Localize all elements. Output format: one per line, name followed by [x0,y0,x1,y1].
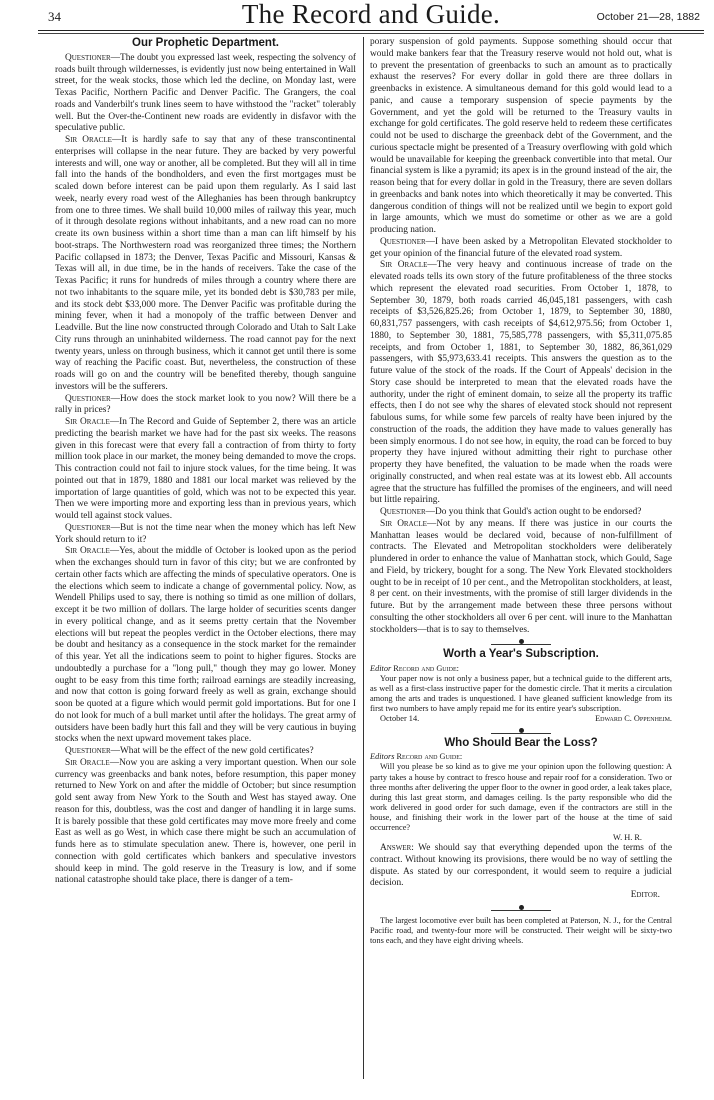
header-rule-secondary [38,33,704,34]
news-item-locomotive: The largest locomotive ever built has be… [370,916,672,946]
speaker-label: Sir Oracle [380,260,427,270]
masthead: 34 The Record and Guide. October 21—28, … [38,0,704,32]
speaker-label: Questioner [65,394,111,404]
speaker-label: Questioner [65,53,111,63]
paragraph: Sir Oracle—The very heavy and continuous… [370,260,672,507]
letter-signature: Edward C. Oppenheim. [595,714,672,724]
speaker-label: Sir Oracle [65,546,110,556]
news-body: The largest locomotive ever built has be… [370,916,672,946]
signature-line: October 14. Edward C. Oppenheim. [370,714,672,724]
question-body: Will you please be so kind as to give me… [370,762,672,833]
speaker-label: Questioner [380,237,426,247]
paragraph: Sir Oracle—Not by any means. If there wa… [370,519,672,637]
answer-block: Answer: We should say that everything de… [370,843,672,902]
left-column: Our Prophetic Department. Questioner—The… [55,37,356,887]
article-heading-prophetic: Our Prophetic Department. [55,38,356,50]
salutation: Editor Record and Guide: [370,664,672,674]
article-heading-subscription: Worth a Year's Subscription. [370,649,672,661]
paragraph: Sir Oracle—Yes, about the middle of Octo… [55,546,356,746]
right-column: porary suspension of gold payments. Supp… [370,37,672,946]
column-divider [363,37,364,1079]
article-heading-loss: Who Should Bear the Loss? [370,738,672,750]
speaker-label: Questioner [380,507,426,517]
paragraph-continued: Sir Oracle—Now you are asking a very imp… [55,758,356,887]
salutation: Editors Record and Guide: [370,752,672,762]
question-signature: W. H. R. [370,833,672,843]
paragraph: Questioner—What will be the effect of th… [55,746,356,758]
section-separator [370,729,672,735]
speaker-label: Sir Oracle [65,135,112,145]
paragraph: Sir Oracle—It is hardly safe to say that… [55,135,356,394]
speaker-label: Sir Oracle [380,519,427,529]
paragraph-continuation: porary suspension of gold payments. Supp… [370,37,672,237]
paragraph: Questioner—But is not the time near when… [55,523,356,547]
speaker-label: Questioner [65,523,111,533]
header-rule [38,30,704,31]
answer-body: Answer: We should say that everything de… [370,843,672,890]
issue-date: October 21—28, 1882 [597,11,700,23]
speaker-label: Questioner [65,746,111,756]
section-separator [370,906,672,912]
section-separator [370,640,672,646]
paragraph: Questioner—I have been asked by a Metrop… [370,237,672,261]
letter-body: Your paper now is not only a business pa… [370,674,672,714]
paragraph: Questioner—The doubt you expressed last … [55,53,356,135]
letter-subscription: Editor Record and Guide: Your paper now … [370,664,672,725]
letter-date: October 14. [370,714,419,724]
paragraph: Sir Oracle—In The Record and Guide of Se… [55,417,356,523]
speaker-label: Sir Oracle [65,417,110,427]
paragraph: Questioner—Do you think that Gould's act… [370,507,672,519]
paragraph: Questioner—How does the stock market loo… [55,394,356,418]
speaker-label: Sir Oracle [65,758,110,768]
answer-signature: Editor. [370,890,672,902]
letter-loss: Editors Record and Guide: Will you pleas… [370,752,672,843]
